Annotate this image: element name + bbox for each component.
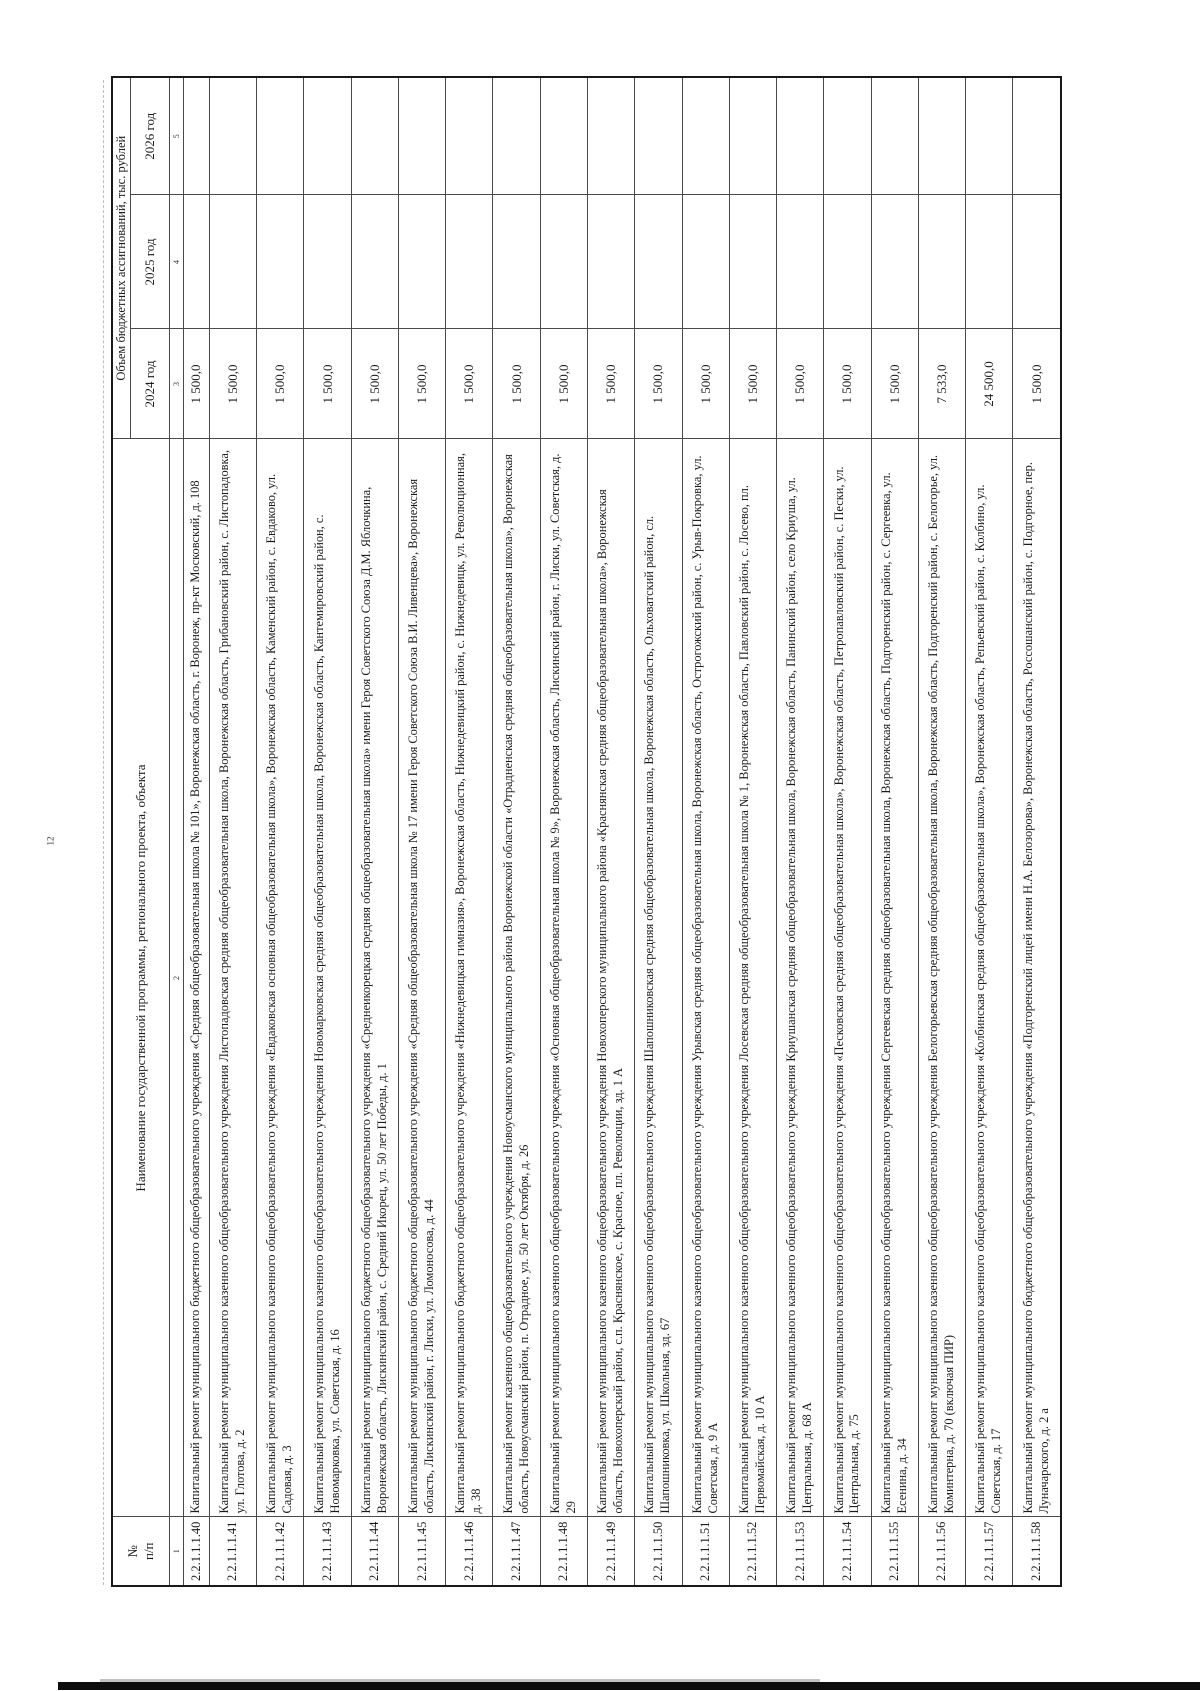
row-2024: 1 500,0 (635, 329, 682, 439)
scan-artifact-line (58, 1682, 1200, 1690)
row-id: 2.2.1.1.1.42 (257, 1517, 304, 1586)
row-2025 (1013, 195, 1061, 329)
row-2025 (824, 195, 871, 329)
rotated-budget-table: № п/п Наименование государственной прогр… (111, 78, 1062, 1587)
row-name: Капитальный ремонт муниципального казенн… (777, 439, 824, 1517)
row-2026 (824, 77, 871, 195)
row-2024: 7 533,0 (918, 329, 965, 439)
row-2026 (398, 77, 445, 195)
table-row: 2.2.1.1.1.51 Капитальный ремонт муниципа… (682, 77, 729, 1586)
row-2025 (729, 195, 776, 329)
table-row: 2.2.1.1.1.54 Капитальный ремонт муниципа… (824, 77, 871, 1586)
row-name: Капитальный ремонт муниципального бюджет… (398, 439, 445, 1517)
scan-ghost-rule (103, 80, 105, 1585)
row-name: Капитальный ремонт муниципального бюджет… (1013, 439, 1061, 1517)
row-2025 (398, 195, 445, 329)
table-row: 2.2.1.1.1.43 Капитальный ремонт муниципа… (304, 77, 351, 1586)
colnum-1: 1 (170, 1517, 184, 1586)
table-row: 2.2.1.1.1.53 Капитальный ремонт муниципа… (777, 77, 824, 1586)
document-page: 12 № п/п Наименование государственной пр… (0, 0, 1200, 1691)
row-2025 (587, 195, 634, 329)
row-name: Капитальный ремонт муниципального казенн… (587, 439, 634, 1517)
row-name: Капитальный ремонт муниципального казенн… (871, 439, 918, 1517)
row-2026 (184, 77, 210, 195)
row-2024: 1 500,0 (493, 329, 540, 439)
row-name: Капитальный ремонт муниципального казенн… (682, 439, 729, 1517)
row-2026 (871, 77, 918, 195)
table-row: 2.2.1.1.1.57 Капитальный ремонт муниципа… (966, 77, 1013, 1586)
colnum-4: 4 (170, 195, 184, 329)
row-id: 2.2.1.1.1.54 (824, 1517, 871, 1586)
row-id: 2.2.1.1.1.57 (966, 1517, 1013, 1586)
row-2025 (304, 195, 351, 329)
row-2026 (777, 77, 824, 195)
table-row: 2.2.1.1.1.50 Капитальный ремонт муниципа… (635, 77, 682, 1586)
row-id: 2.2.1.1.1.58 (1013, 1517, 1061, 1586)
row-2026 (540, 77, 587, 195)
table-row: 2.2.1.1.1.56 Капитальный ремонт муниципа… (918, 77, 965, 1586)
colnum-2: 2 (170, 439, 184, 1517)
row-2025 (493, 195, 540, 329)
colnum-5: 5 (170, 77, 184, 195)
row-name: Капитальный ремонт муниципального казенн… (209, 439, 256, 1517)
row-2025 (635, 195, 682, 329)
row-2025 (777, 195, 824, 329)
row-id: 2.2.1.1.1.53 (777, 1517, 824, 1586)
row-2025 (918, 195, 965, 329)
row-2026 (682, 77, 729, 195)
row-name: Капитальный ремонт муниципального казенн… (729, 439, 776, 1517)
row-name: Капитальный ремонт муниципального бюджет… (446, 439, 493, 1517)
row-2025 (540, 195, 587, 329)
row-2024: 1 500,0 (871, 329, 918, 439)
row-id: 2.2.1.1.1.47 (493, 1517, 540, 1586)
row-2026 (446, 77, 493, 195)
colnum-3: 3 (170, 329, 184, 439)
row-2026 (351, 77, 398, 195)
row-2025 (351, 195, 398, 329)
row-2026 (729, 77, 776, 195)
table-row: 2.2.1.1.1.49 Капитальный ремонт муниципа… (587, 77, 634, 1586)
row-id: 2.2.1.1.1.46 (446, 1517, 493, 1586)
page-number: 12 (46, 837, 56, 846)
col-header-2025: 2025 год (131, 195, 170, 329)
budget-table: № п/п Наименование государственной прогр… (111, 76, 1062, 1587)
row-id: 2.2.1.1.1.43 (304, 1517, 351, 1586)
row-2026 (1013, 77, 1061, 195)
table-row: 2.2.1.1.1.48 Капитальный ремонт муниципа… (540, 77, 587, 1586)
table-row: 2.2.1.1.1.41 Капитальный ремонт муниципа… (209, 77, 256, 1586)
row-2024: 24 500,0 (966, 329, 1013, 439)
row-2024: 1 500,0 (1013, 329, 1061, 439)
row-2025 (257, 195, 304, 329)
row-id: 2.2.1.1.1.40 (184, 1517, 210, 1586)
row-id: 2.2.1.1.1.45 (398, 1517, 445, 1586)
col-header-2026: 2026 год (131, 77, 170, 195)
row-2024: 1 500,0 (587, 329, 634, 439)
row-id: 2.2.1.1.1.56 (918, 1517, 965, 1586)
row-name: Капитальный ремонт муниципального казенн… (635, 439, 682, 1517)
table-row: 2.2.1.1.1.52 Капитальный ремонт муниципа… (729, 77, 776, 1586)
header-row-colnums: 1 2 3 4 5 (170, 77, 184, 1586)
header-row-main: № п/п Наименование государственной прогр… (112, 77, 131, 1586)
row-name: Капитальный ремонт муниципального бюджет… (351, 439, 398, 1517)
row-id: 2.2.1.1.1.48 (540, 1517, 587, 1586)
table-row: 2.2.1.1.1.42 Капитальный ремонт муниципа… (257, 77, 304, 1586)
table-row: 2.2.1.1.1.44 Капитальный ремонт муниципа… (351, 77, 398, 1586)
row-id: 2.2.1.1.1.50 (635, 1517, 682, 1586)
row-name: Капитальный ремонт казенного общеобразов… (493, 439, 540, 1517)
table-row: 2.2.1.1.1.40 Капитальный ремонт муниципа… (184, 77, 210, 1586)
row-name: Капитальный ремонт муниципального казенн… (966, 439, 1013, 1517)
col-header-name: Наименование государственной программы, … (112, 439, 170, 1517)
row-name: Капитальный ремонт муниципального казенн… (824, 439, 871, 1517)
row-2024: 1 500,0 (777, 329, 824, 439)
row-id: 2.2.1.1.1.49 (587, 1517, 634, 1586)
col-header-2024: 2024 год (131, 329, 170, 439)
row-name: Капитальный ремонт муниципального казенн… (257, 439, 304, 1517)
table-row: 2.2.1.1.1.46 Капитальный ремонт муниципа… (446, 77, 493, 1586)
row-2024: 1 500,0 (184, 329, 210, 439)
row-name: Капитальный ремонт муниципального казенн… (918, 439, 965, 1517)
row-name: Капитальный ремонт муниципального казенн… (540, 439, 587, 1517)
row-2026 (257, 77, 304, 195)
row-2026 (635, 77, 682, 195)
table-row: 2.2.1.1.1.45 Капитальный ремонт муниципа… (398, 77, 445, 1586)
row-2026 (493, 77, 540, 195)
row-2026 (209, 77, 256, 195)
row-2024: 1 500,0 (209, 329, 256, 439)
row-2024: 1 500,0 (257, 329, 304, 439)
row-id: 2.2.1.1.1.55 (871, 1517, 918, 1586)
row-id: 2.2.1.1.1.41 (209, 1517, 256, 1586)
row-2024: 1 500,0 (446, 329, 493, 439)
row-2024: 1 500,0 (351, 329, 398, 439)
row-id: 2.2.1.1.1.52 (729, 1517, 776, 1586)
row-2026 (918, 77, 965, 195)
row-2024: 1 500,0 (682, 329, 729, 439)
row-id: 2.2.1.1.1.44 (351, 1517, 398, 1586)
row-2024: 1 500,0 (304, 329, 351, 439)
table-row: 2.2.1.1.1.58 Капитальный ремонт муниципа… (1013, 77, 1061, 1586)
row-2026 (587, 77, 634, 195)
row-2024: 1 500,0 (540, 329, 587, 439)
table-row: 2.2.1.1.1.55 Капитальный ремонт муниципа… (871, 77, 918, 1586)
row-2026 (304, 77, 351, 195)
col-header-num: № п/п (112, 1517, 170, 1586)
row-2024: 1 500,0 (398, 329, 445, 439)
row-2026 (966, 77, 1013, 195)
row-2025 (209, 195, 256, 329)
row-2025 (682, 195, 729, 329)
row-2025 (446, 195, 493, 329)
row-2025 (184, 195, 210, 329)
table-row: 2.2.1.1.1.47 Капитальный ремонт казенног… (493, 77, 540, 1586)
row-2024: 1 500,0 (824, 329, 871, 439)
row-2024: 1 500,0 (729, 329, 776, 439)
row-name: Капитальный ремонт муниципального казенн… (304, 439, 351, 1517)
row-2025 (966, 195, 1013, 329)
row-name: Капитальный ремонт муниципального бюджет… (184, 439, 210, 1517)
col-header-volume: Объем бюджетных ассигнований, тыс. рубле… (112, 77, 131, 439)
row-2025 (871, 195, 918, 329)
row-id: 2.2.1.1.1.51 (682, 1517, 729, 1586)
